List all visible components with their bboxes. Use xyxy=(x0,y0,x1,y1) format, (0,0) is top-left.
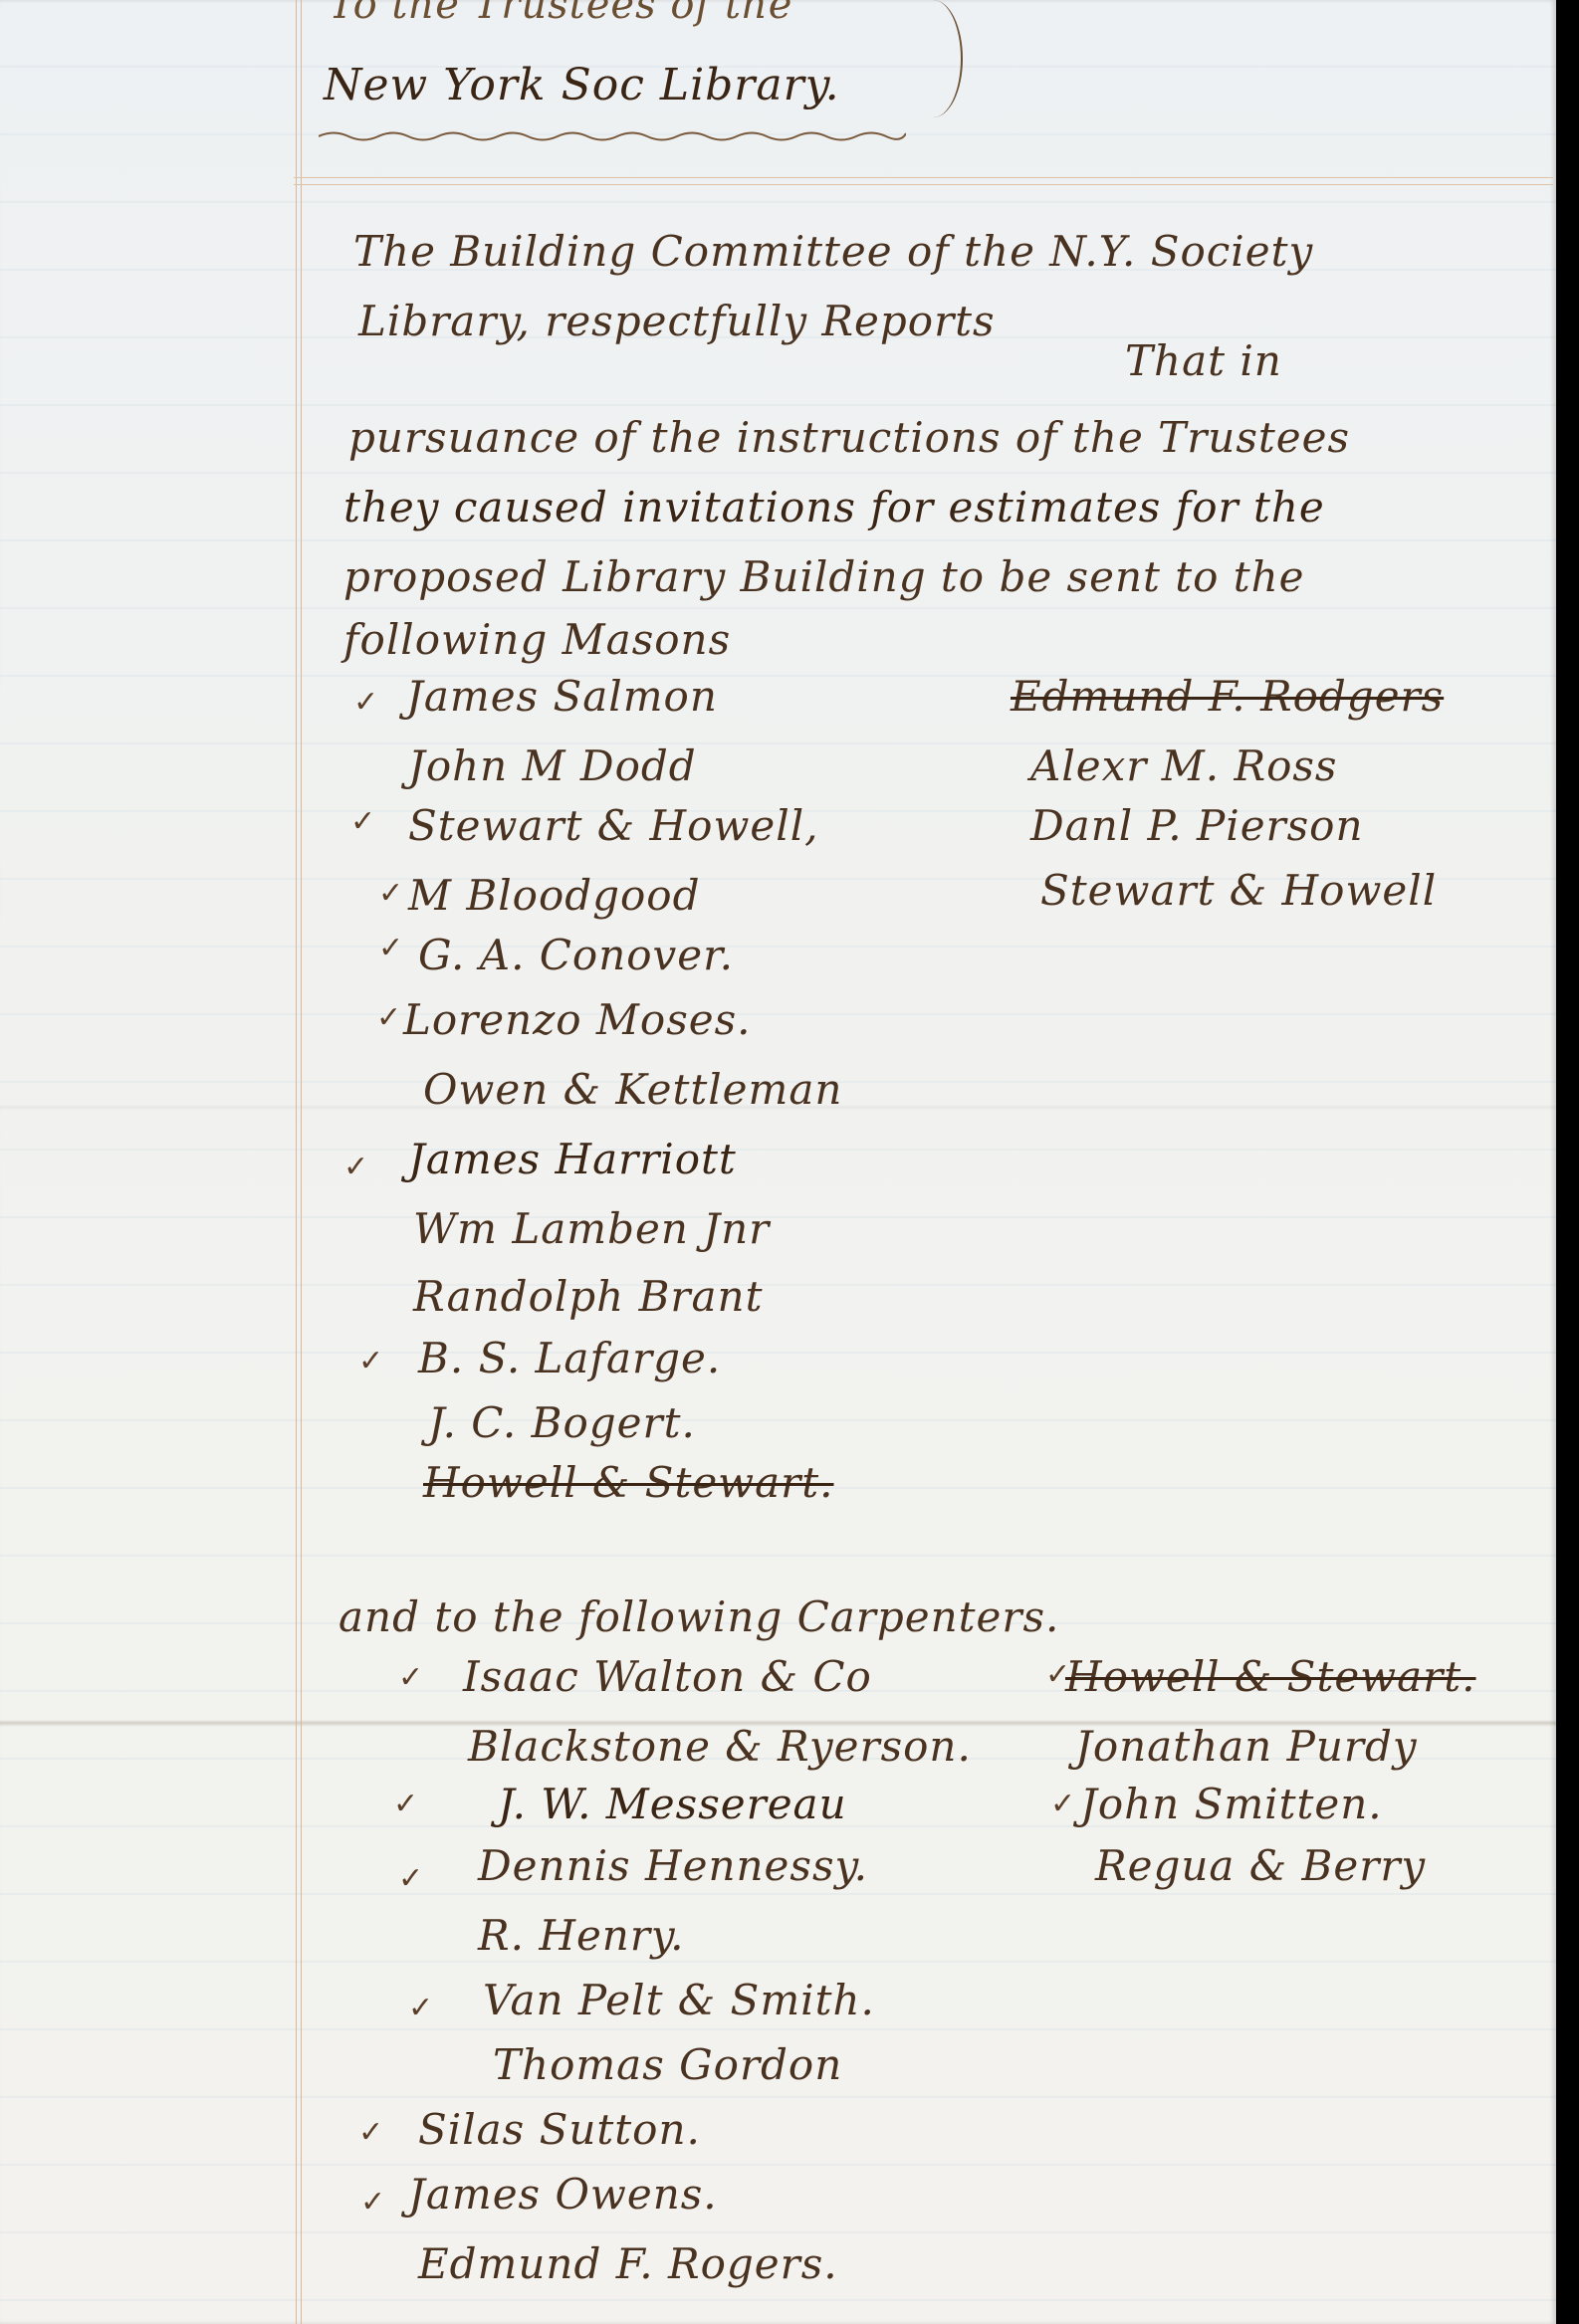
mason-name: B. S. Lafarge. xyxy=(418,1334,721,1382)
intro-line-6: proposed Library Building to be sent to … xyxy=(343,552,1305,601)
check-mark-icon: ✓ xyxy=(358,2115,383,2150)
address-line-2: New York Soc Library. xyxy=(324,60,840,110)
carpenter-name: Van Pelt & Smith. xyxy=(483,1976,875,2024)
check-mark-icon: ✓ xyxy=(1050,1787,1075,1821)
mason-name: Wm Lamben Jnr xyxy=(413,1204,770,1253)
mason-name: John M Dodd xyxy=(408,741,697,790)
mason-name: Danl P. Pierson xyxy=(1030,801,1364,850)
margin-rule-outer xyxy=(296,0,297,2324)
check-mark-icon: ✓ xyxy=(398,1861,423,1896)
wavy-underline xyxy=(319,129,906,143)
carpenter-name: Thomas Gordon xyxy=(493,2040,842,2089)
mason-name: Stewart & Howell, xyxy=(408,801,818,850)
check-mark-icon: ✓ xyxy=(378,876,403,911)
carpenter-name: Dennis Hennessy. xyxy=(478,1841,868,1890)
check-mark-icon: ✓ xyxy=(353,685,378,720)
margin-rule-inner xyxy=(301,0,302,2324)
address-line-1: To the Trustees of the xyxy=(329,0,792,28)
intro-line-5: they caused invitations for estimates fo… xyxy=(343,483,1325,531)
carpenter-name: Blackstone & Ryerson. xyxy=(468,1722,972,1771)
mason-name: James Salmon xyxy=(406,672,718,721)
check-mark-icon: ✓ xyxy=(378,931,403,965)
address-brace xyxy=(931,0,963,117)
intro-line-2: Library, respectfully Reports xyxy=(358,297,996,345)
check-mark-icon: ✓ xyxy=(343,1150,368,1184)
header-rule-bottom xyxy=(294,184,1553,185)
mason-name: J. C. Bogert. xyxy=(428,1398,696,1447)
carpenter-name: James Owens. xyxy=(408,2170,718,2218)
carpenter-name: Jonathan Purdy xyxy=(1075,1722,1418,1771)
mason-name: Owen & Kettleman xyxy=(423,1065,842,1114)
check-mark-icon: ✓ xyxy=(408,1991,433,2025)
check-mark-icon: ✓ xyxy=(350,804,375,839)
mason-name: G. A. Conover. xyxy=(418,931,734,979)
header-rule-top xyxy=(294,177,1553,178)
mason-name: M Bloodgood xyxy=(408,871,700,920)
mason-name: James Harriott xyxy=(408,1135,737,1183)
mason-name-struck: Howell & Stewart. xyxy=(423,1458,833,1507)
mason-name: Randolph Brant xyxy=(413,1272,763,1321)
carpenter-name: John Smitten. xyxy=(1080,1780,1383,1828)
intro-line-7: following Masons xyxy=(343,615,731,664)
carpenters-intro: and to the following Carpenters. xyxy=(338,1592,1059,1641)
mason-name: Alexr M. Ross xyxy=(1030,741,1337,790)
manuscript-page: To the Trustees of the New York Soc Libr… xyxy=(0,0,1556,2324)
mason-name: Lorenzo Moses. xyxy=(403,995,752,1044)
check-mark-icon: ✓ xyxy=(358,1344,383,1378)
carpenter-name: Edmund F. Rogers. xyxy=(418,2239,838,2288)
check-mark-icon: ✓ xyxy=(393,1787,418,1821)
carpenter-name: R. Henry. xyxy=(478,1911,684,1960)
check-mark-icon: ✓ xyxy=(398,1660,423,1695)
mason-name: Stewart & Howell xyxy=(1040,866,1437,915)
carpenter-name: Isaac Walton & Co xyxy=(463,1652,872,1701)
carpenter-name: Silas Sutton. xyxy=(418,2105,701,2154)
intro-line-4: pursuance of the instructions of the Tru… xyxy=(348,413,1350,462)
intro-line-3: That in xyxy=(1125,336,1282,385)
check-mark-icon: ✓ xyxy=(376,1000,401,1035)
carpenter-name: J. W. Messereau xyxy=(498,1780,847,1828)
carpenter-name-struck: Howell & Stewart. xyxy=(1065,1652,1475,1701)
intro-line-1: The Building Committee of the N.Y. Socie… xyxy=(353,227,1313,276)
carpenter-name: Regua & Berry xyxy=(1095,1841,1426,1890)
check-mark-icon: ✓ xyxy=(360,2185,385,2219)
mason-name-struck: Edmund F. Rodgers xyxy=(1011,672,1444,721)
